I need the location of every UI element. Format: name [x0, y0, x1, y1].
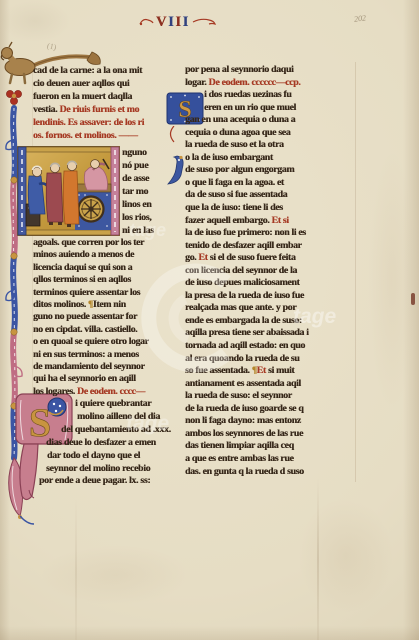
text-line: os. fornos. et molinos. ——: [33, 129, 174, 142]
text-line: de la rueda de iuso goarde se q: [185, 403, 358, 416]
text-line: nó pue: [122, 159, 172, 172]
text-line: tenido de desfazer aqill embar: [185, 240, 358, 253]
text-line: realçada mas que ante. y por: [185, 302, 358, 315]
text-line: seynnor del molino recebio: [46, 463, 177, 476]
text-line: fazer aquell embargo. Et si: [185, 215, 358, 228]
text-line: cio deuen auer aqllos qui: [33, 77, 174, 90]
text-line: nguno: [122, 146, 172, 159]
parchment-stain: [0, 0, 70, 42]
folio-number: VIII: [156, 13, 190, 31]
text-line: cequia o duna agoa que sea: [185, 127, 358, 140]
text-line: o la de iuso embargant: [185, 152, 358, 165]
text-line: los rios,: [122, 211, 172, 224]
text-line: por pena al seynnorio daqui: [185, 64, 358, 77]
text-line: i dos ruedas uezinas fu: [204, 89, 358, 102]
text-line: del quebantamiento ad .xxx.: [61, 424, 177, 437]
text-line: con licencia del seynnor de la: [185, 265, 358, 278]
folio-corner-number: 202: [353, 13, 366, 23]
text-line: molino ailleno del dia: [77, 411, 177, 424]
text-line: de mandamiento del seynnor: [33, 361, 174, 373]
text-line: ende es embargada la de suso:: [185, 315, 358, 328]
left-column-intro: cad de la carne: a la ona mitcio deuen a…: [33, 64, 174, 142]
text-line: das. en gunta q la rueda d suso: [185, 466, 358, 479]
figure-standing-orange: [63, 161, 79, 227]
text-line: guno no puede assentar for: [33, 311, 174, 323]
page-edge-shadow: [0, 626, 419, 640]
text-line: cad de la carne: a la ona mit: [33, 64, 174, 77]
text-line: de suso por algun engorgam: [185, 164, 358, 177]
text-line: fueron en la muert daqlla: [33, 90, 174, 103]
text-line: lendinis. Es assaver: de los ri: [33, 116, 174, 129]
text-line: ditos molinos. ¶Item nin: [33, 299, 174, 311]
left-column-paragraph2: i quiere quebrantarmolino ailleno del di…: [33, 398, 177, 488]
text-line: o que li faga en la agoa. et: [185, 177, 358, 190]
text-line: los logares. De eodem. cccc—: [33, 386, 174, 398]
text-line: al era quoando la rueda de su: [185, 353, 358, 366]
text-line: aqilla presa tiene ser abaissada i: [185, 327, 358, 340]
text-line: logar. De eodem. cccccc—ccp.: [185, 77, 358, 90]
figure-standing-maroon: [46, 163, 63, 225]
text-line: dias deue lo desfazer a emen: [46, 437, 177, 450]
text-line: la rueda de suso et la otra: [185, 139, 358, 152]
text-line: terminos quiere assentar los: [33, 287, 174, 299]
mill-wheel-icon: [79, 197, 104, 222]
parchment-crease: [317, 478, 319, 640]
text-line: la de iuso fue primero: non li es: [185, 227, 358, 240]
flower-ornament-icon: [6, 90, 21, 104]
text-line: qui ha el seynnorio en aqill: [33, 373, 174, 385]
text-line: eren en un rio que muel: [204, 102, 358, 115]
miniature-illustration: [17, 146, 120, 236]
text-line: no en cipdat. villa. castiello.: [33, 324, 174, 336]
page-edge-ink-mark: [411, 293, 415, 305]
text-line: gan en una acequia o duna a: [185, 114, 358, 127]
text-line: por ende a deue pagar. lx. ss:: [39, 475, 177, 488]
left-column-body: agoals. que corren por los terminos auie…: [33, 237, 174, 398]
text-line: ni en sus terminos: a menos: [33, 349, 174, 361]
manuscript-page: (1) VIII 202: [0, 0, 419, 640]
text-line: qllos terminos si en aqllos: [33, 274, 174, 286]
text-line: a que es entre ambas las rue: [185, 453, 358, 466]
text-line: go. Et si el de suso fuere feita: [185, 252, 358, 265]
text-line: de asse: [122, 172, 172, 185]
text-line: VIII: [156, 14, 190, 30]
text-line: la presa de la rueda de iuso fue: [185, 290, 358, 303]
parchment-stain: [40, 545, 190, 605]
text-line: i quiere quebrantar: [75, 398, 177, 411]
left-column-wrap-text: ngunonó puede assetar molinos enlos rios…: [122, 146, 172, 237]
text-line: agoals. que corren por los ter: [33, 237, 174, 249]
folio-heading: VIII: [138, 13, 216, 31]
text-line: linos en: [122, 198, 172, 211]
text-line: la rueda de suso: el seynnor: [185, 390, 358, 403]
text-line: que la de iuso: tiene li des: [185, 202, 358, 215]
text-line: antianament es assentada aqil: [185, 378, 358, 391]
text-line: de iuso depues maliciosament: [185, 277, 358, 290]
text-line: da de suso si fue assentada: [185, 189, 358, 202]
text-line: so fue assentada. ¶Et si muit: [185, 365, 358, 378]
pen-flourish-left-icon: [138, 16, 154, 28]
text-line: dar todo el dayno que el: [47, 450, 177, 463]
parchment-crease: [75, 498, 77, 640]
text-line: o en quoal se quiere otro logar: [33, 336, 174, 348]
text-line: tornada ad aqill estado: en quo: [185, 340, 358, 353]
text-line: non li faga dayno: mas entonz: [185, 415, 358, 428]
text-line: das tienen limpiar aqilla ceq: [185, 440, 358, 453]
text-line: ambos los seynnores de las rue: [185, 428, 358, 441]
text-line: ni en las: [122, 224, 172, 237]
pen-flourish-right-icon: [192, 16, 216, 28]
text-line: tar mo: [122, 185, 172, 198]
text-line: vestia. De riuis furnis et mo: [33, 103, 174, 116]
text-line: minos auiendo a menos de: [33, 249, 174, 261]
page-edge-shadow: [403, 0, 419, 640]
text-line: licencia daqui se qui son a: [33, 262, 174, 274]
parchment-stain: [298, 498, 393, 613]
right-column-body: por pena al seynnorio daquilogar. De eod…: [185, 64, 358, 478]
